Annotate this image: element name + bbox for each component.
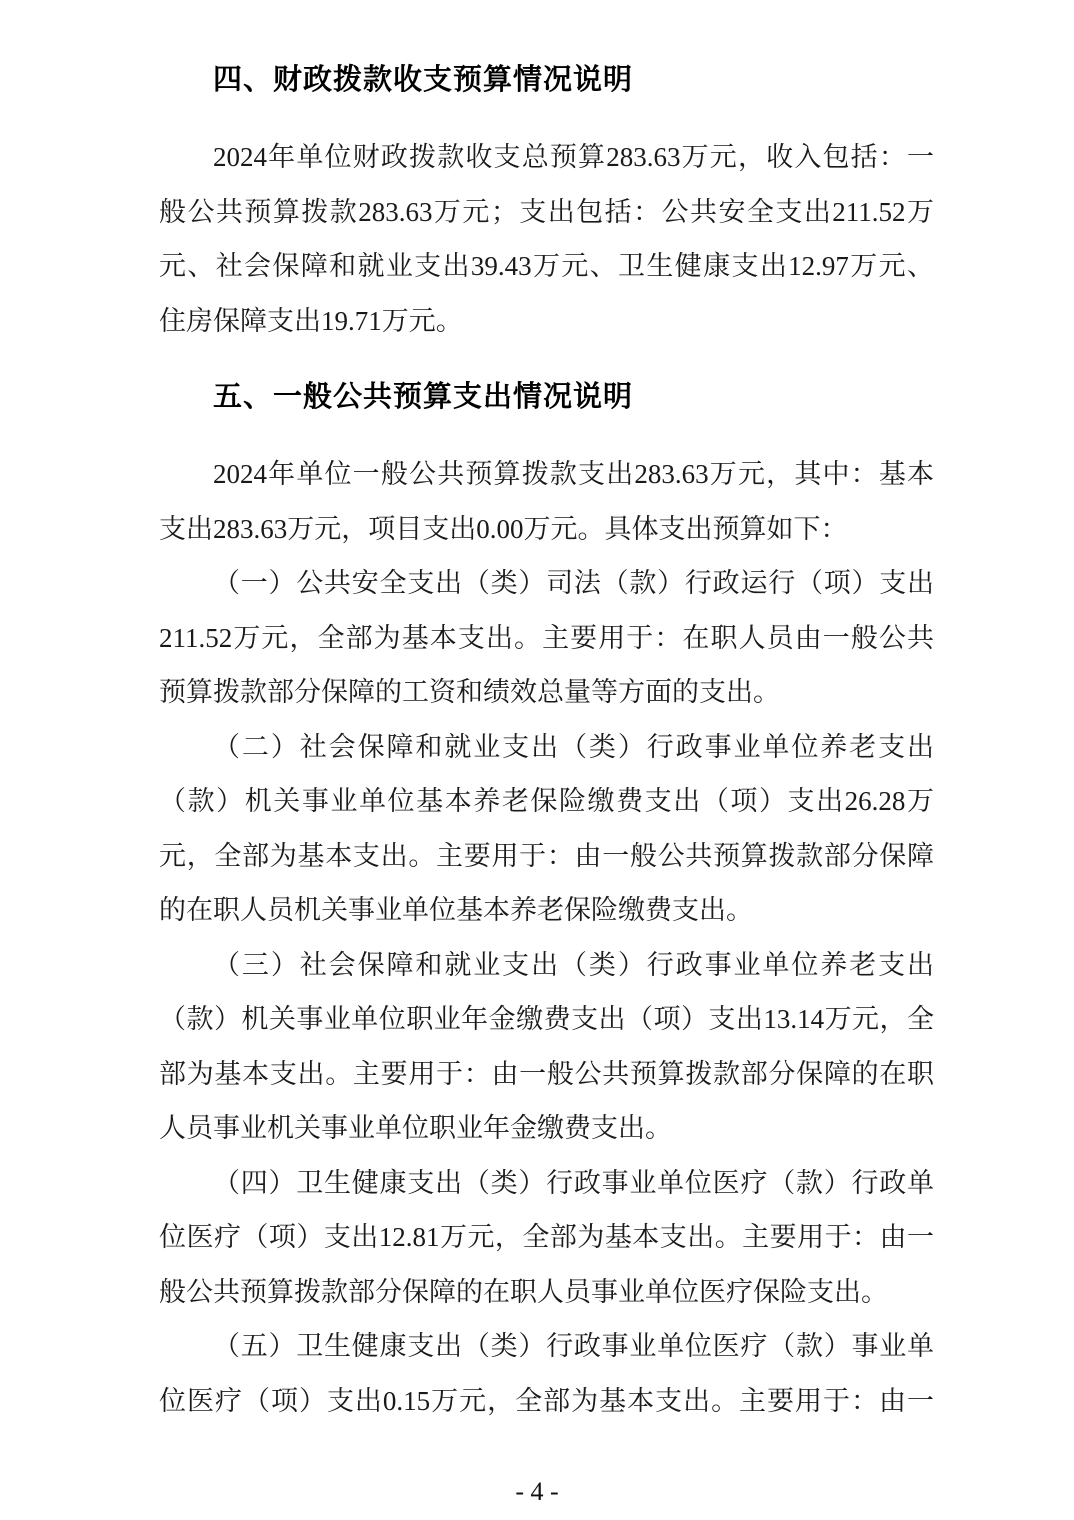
paragraph: 2024年单位一般公共预算拨款支出283.63万元，其中：基本支出283.63万… xyxy=(159,447,934,556)
text-line: 人员事业机关事业单位职业年金缴费支出。 xyxy=(159,1101,934,1156)
paragraph: （一）公共安全支出（类）司法（款）行政运行（项）支出211.52万元，全部为基本… xyxy=(159,556,934,720)
text-line: 住房保障支出19.71万元。 xyxy=(159,294,934,349)
text-line: 般公共预算拨款部分保障的在职人员事业单位医疗保险支出。 xyxy=(159,1265,934,1320)
text-line: 位医疗（项）支出0.15万元，全部为基本支出。主要用于：由一 xyxy=(159,1374,934,1429)
text-line: 211.52万元，全部为基本支出。主要用于：在职人员由一般公共 xyxy=(159,611,934,666)
paragraph: （四）卫生健康支出（类）行政事业单位医疗（款）行政单位医疗（项）支出12.81万… xyxy=(159,1156,934,1320)
text-line: （三）社会保障和就业支出（类）行政事业单位养老支出 xyxy=(159,938,934,993)
text-line: 位医疗（项）支出12.81万元，全部为基本支出。主要用于：由一 xyxy=(159,1210,934,1265)
text-line: （款）机关事业单位基本养老保险缴费支出（项）支出26.28万 xyxy=(159,774,934,829)
text-line: 部为基本支出。主要用于：由一般公共预算拨款部分保障的在职 xyxy=(159,1047,934,1102)
paragraph: （二）社会保障和就业支出（类）行政事业单位养老支出（款）机关事业单位基本养老保险… xyxy=(159,720,934,938)
text-line: （二）社会保障和就业支出（类）行政事业单位养老支出 xyxy=(159,720,934,775)
paragraph: （三）社会保障和就业支出（类）行政事业单位养老支出（款）机关事业单位职业年金缴费… xyxy=(159,938,934,1156)
text-line: （四）卫生健康支出（类）行政事业单位医疗（款）行政单 xyxy=(159,1156,934,1211)
text-line: 般公共预算拨款283.63万元；支出包括：公共安全支出211.52万 xyxy=(159,185,934,240)
text-line: 元、社会保障和就业支出39.43万元、卫生健康支出12.97万元、 xyxy=(159,239,934,294)
text-line: 的在职人员机关事业单位基本养老保险缴费支出。 xyxy=(159,883,934,938)
document-content: 四、财政拨款收支预算情况说明2024年单位财政拨款收支总预算283.63万元，收… xyxy=(159,53,934,1428)
paragraph: 2024年单位财政拨款收支总预算283.63万元，收入包括：一般公共预算拨款28… xyxy=(159,130,934,348)
text-line: （一）公共安全支出（类）司法（款）行政运行（项）支出 xyxy=(159,556,934,611)
text-line: 2024年单位财政拨款收支总预算283.63万元，收入包括：一 xyxy=(159,130,934,185)
text-line: 支出283.63万元，项目支出0.00万元。具体支出预算如下： xyxy=(159,502,934,557)
section-heading: 四、财政拨款收支预算情况说明 xyxy=(159,53,934,107)
text-line: 2024年单位一般公共预算拨款支出283.63万元，其中：基本 xyxy=(159,447,934,502)
text-line: 元，全部为基本支出。主要用于：由一般公共预算拨款部分保障 xyxy=(159,829,934,884)
text-line: （五）卫生健康支出（类）行政事业单位医疗（款）事业单 xyxy=(159,1319,934,1374)
section-heading: 五、一般公共预算支出情况说明 xyxy=(159,370,934,424)
paragraph: （五）卫生健康支出（类）行政事业单位医疗（款）事业单位医疗（项）支出0.15万元… xyxy=(159,1319,934,1428)
document-page: 四、财政拨款收支预算情况说明2024年单位财政拨款收支总预算283.63万元，收… xyxy=(0,0,1074,1520)
page-number: - 4 - xyxy=(0,1477,1074,1507)
text-line: （款）机关事业单位职业年金缴费支出（项）支出13.14万元，全 xyxy=(159,992,934,1047)
text-line: 预算拨款部分保障的工资和绩效总量等方面的支出。 xyxy=(159,665,934,720)
